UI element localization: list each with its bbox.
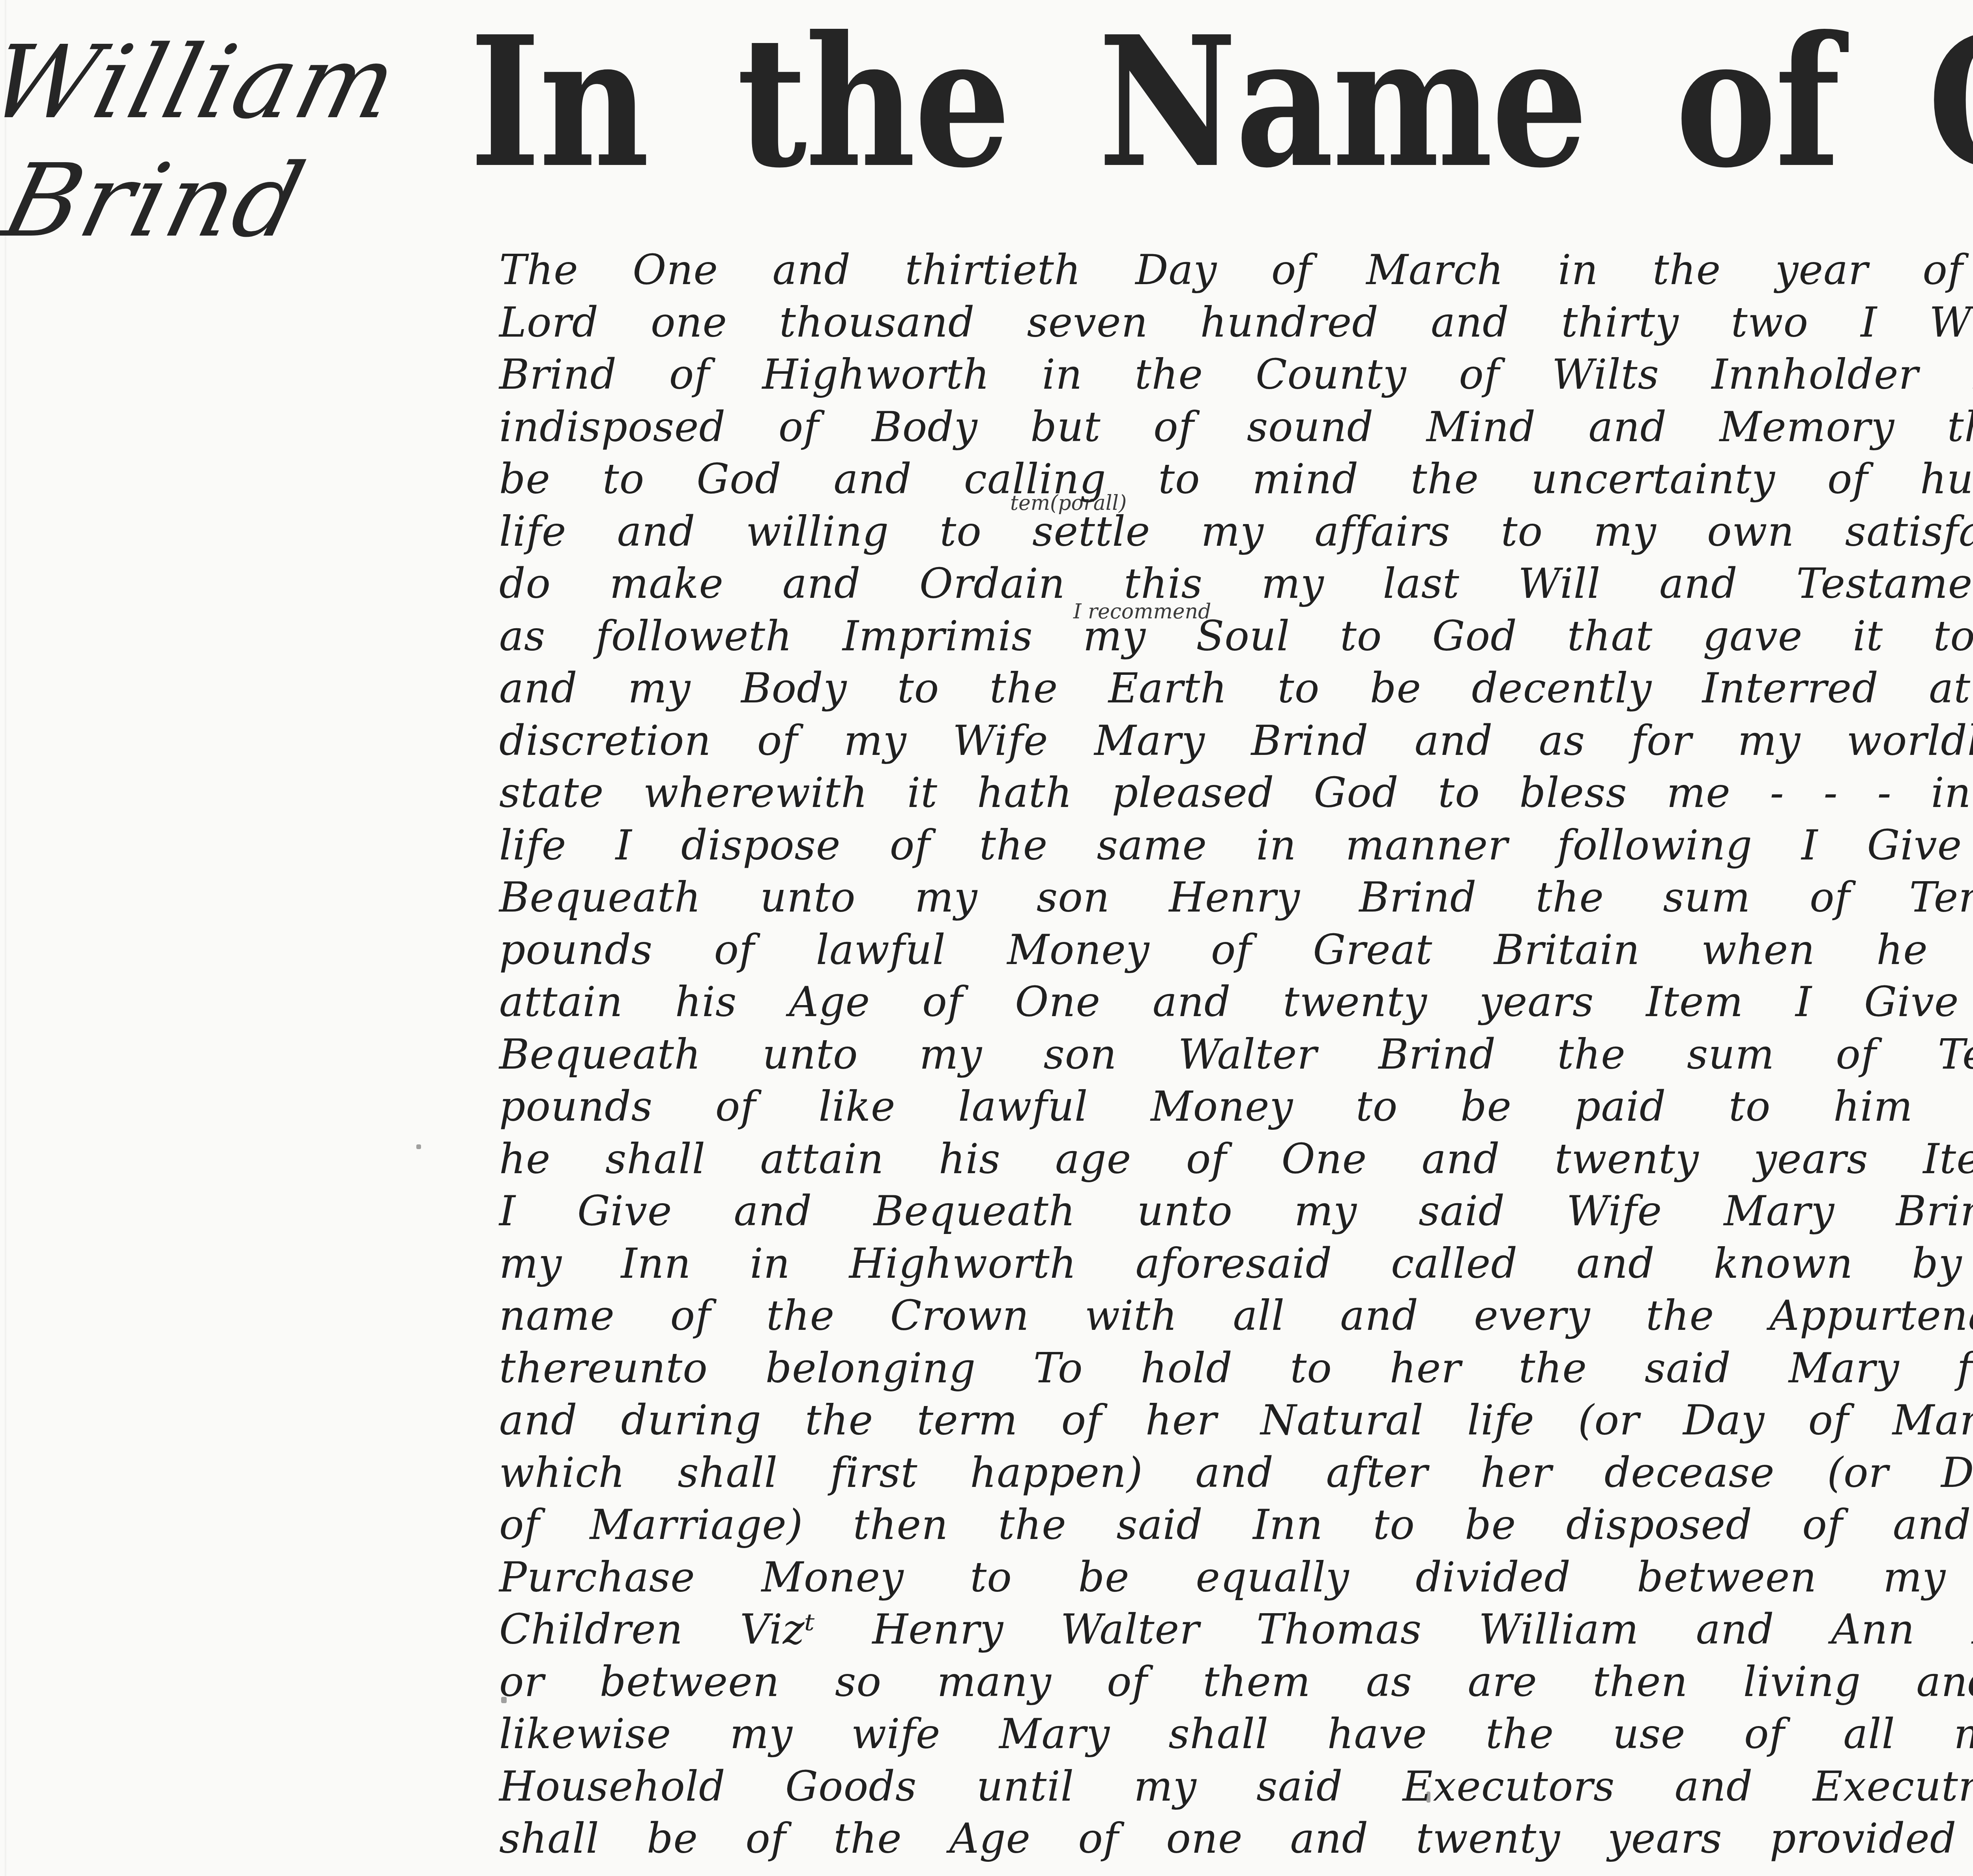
text-line: and during the term of her Natural life … <box>499 1394 1973 1447</box>
title-word: In <box>470 0 648 232</box>
scan-speck <box>1426 1792 1430 1803</box>
title-word: Name <box>1098 0 1587 232</box>
will-body-text: The One and thirtieth Day of March in th… <box>499 244 1973 1865</box>
text-line: likewise my wife Mary shall have the use… <box>499 1708 1973 1760</box>
text-line: name of the Crown with all and every the… <box>499 1290 1973 1342</box>
document-title: In the Name of God Amen <box>470 0 1973 260</box>
scan-speck <box>416 1144 421 1149</box>
title-word: God <box>1928 0 1973 232</box>
paper-fold-edge <box>5 0 7 1876</box>
text-line: indisposed of Body but of sound Mind and… <box>499 401 1973 453</box>
title-word: of <box>1675 0 1839 232</box>
text-line: Purchase Money to be equally divided bet… <box>499 1551 1973 1604</box>
text-line: thereunto belonging To hold to her the s… <box>499 1342 1973 1395</box>
text-line: attain his Age of One and twenty years I… <box>499 976 1973 1028</box>
text-line: state wherewith it hath pleased God to b… <box>499 767 1973 819</box>
text-line: life I dispose of the same in manner fol… <box>499 819 1973 872</box>
margin-name-surname: Brind <box>0 142 365 260</box>
text-line: pounds of like lawful Money to be paid t… <box>499 1080 1973 1133</box>
text-line: life and willing to settle my affairs to… <box>499 506 1973 558</box>
text-line: of Marriage) then the said Inn to be dis… <box>499 1499 1973 1551</box>
text-line: Bequeath unto my son Henry Brind the sum… <box>499 871 1973 924</box>
text-line: be to God and calling to mind the uncert… <box>499 453 1973 506</box>
scan-speck <box>501 1697 507 1703</box>
margin-name-first: William <box>0 24 395 142</box>
text-line: do make and Ordain this my last Will and… <box>499 558 1973 610</box>
text-line: my Inn in Highworth aforesaid called and… <box>499 1238 1973 1290</box>
document-page: William Brind In the Name of God Amen te… <box>0 0 1973 1876</box>
text-line: Brind of Highworth in the County of Wilt… <box>499 348 1973 401</box>
text-line: I Give and Bequeath unto my said Wife Ma… <box>499 1185 1973 1238</box>
text-line: or between so many of them as are then l… <box>499 1656 1973 1708</box>
text-line: shall be of the Age of one and twenty ye… <box>499 1812 1973 1865</box>
text-line: The One and thirtieth Day of March in th… <box>499 244 1973 296</box>
text-line: discretion of my Wife Mary Brind and as … <box>499 715 1973 767</box>
margin-testator-name: William Brind <box>0 24 395 260</box>
title-word: the <box>737 0 1009 232</box>
text-line: Children Vizᵗ Henry Walter Thomas Willia… <box>499 1603 1973 1656</box>
text-line: Bequeath unto my son Walter Brind the su… <box>499 1028 1973 1081</box>
text-line: Lord one thousand seven hundred and thir… <box>499 296 1973 349</box>
text-line: as followeth Imprimis my Soul to God tha… <box>499 610 1973 663</box>
text-line: pounds of lawful Money of Great Britain … <box>499 924 1973 976</box>
text-line: which shall first happen) and after her … <box>499 1447 1973 1499</box>
text-line: he shall attain his age of One and twent… <box>499 1133 1973 1185</box>
text-line: Household Goods until my said Executors … <box>499 1760 1973 1813</box>
text-line: and my Body to the Earth to be decently … <box>499 662 1973 715</box>
